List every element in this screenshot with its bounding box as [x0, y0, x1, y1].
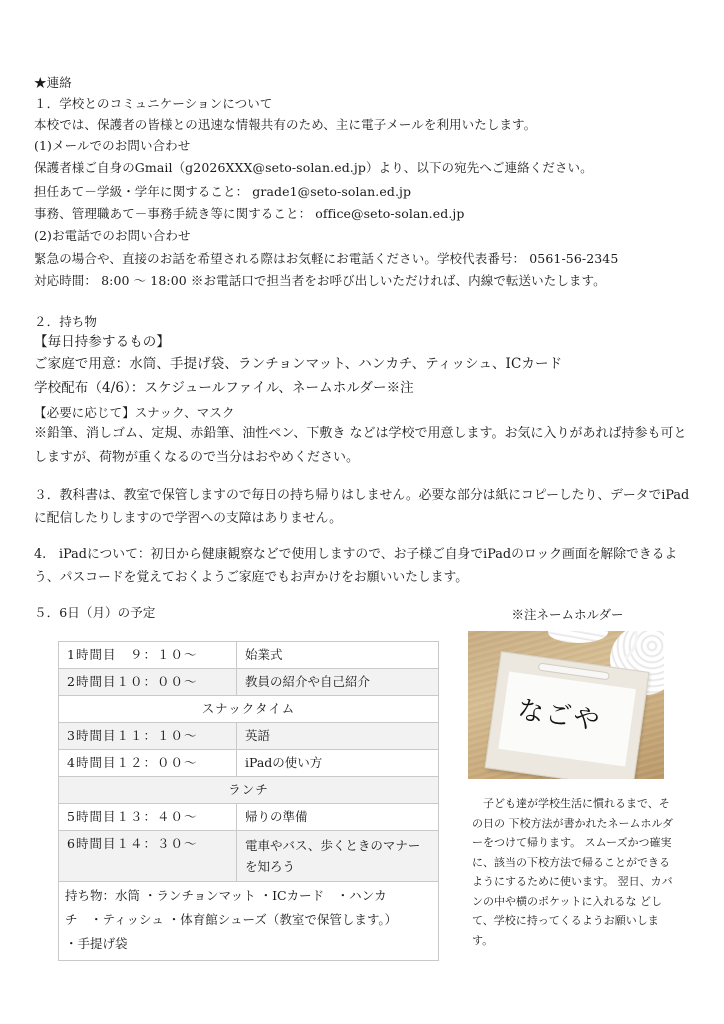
- table-row: 1時間目 ９：１０～ 始業式: [59, 642, 439, 669]
- hours-info: 対応時間： 8:00 ～ 18:00 ※お電話口で担当者をお呼び出しいただければ…: [34, 272, 606, 290]
- phone-info: 緊急の場合や、直接のお話を希望される際はお気軽にお電話ください。学校代表番号： …: [34, 250, 618, 268]
- section-4-ipad: 4. iPadについて：初日から健康観察などで使用しますので、お子様ご自身でiP…: [34, 543, 690, 589]
- table-row: 4時間目１２：００～ iPadの使い方: [59, 750, 439, 777]
- table-row-break: ランチ: [59, 777, 439, 804]
- section-2-title: ２．持ち物: [34, 313, 97, 331]
- period-cell: 2時間目１０：００～: [59, 669, 237, 696]
- phone-heading: (2)お電話でのお問い合わせ: [34, 227, 191, 245]
- mail-intro: 保護者様ご自身のGmail（g2026XXX@seto-solan.ed.jp）…: [34, 159, 593, 177]
- contact-intro: 本校では、保護者の皆様との迅速な情報共有のため、主に電子メールを利用いたします。: [34, 116, 536, 134]
- items-line: ・手提げ袋: [65, 932, 432, 956]
- activity-cell: 電車やバス、歩くときのマナーを知ろう: [237, 831, 439, 882]
- hours-label: 対応時間：: [34, 273, 97, 288]
- period-cell: 1時間目 ９：１０～: [59, 642, 237, 669]
- schedule-table: 1時間目 ９：１０～ 始業式 2時間目１０：００～ 教員の紹介や自己紹介 スナッ…: [58, 641, 439, 961]
- table-row-break: スナックタイム: [59, 696, 439, 723]
- items-cell: 持ち物：水筒 ・ランチョンマット ・ICカード ・ハンカ チ ・ティッシュ ・体…: [59, 882, 439, 961]
- document-page: ★連絡 １．学校とのコミュニケーションについて 本校では、保護者の皆様との迅速な…: [0, 0, 724, 1024]
- name-holder-badge: なごや: [485, 651, 650, 779]
- name-holder-photo: なごや: [468, 631, 664, 779]
- photo-name-text: なごや: [516, 695, 603, 736]
- items-line: 持ち物：水筒 ・ランチョンマット ・ICカード ・ハンカ: [65, 884, 432, 908]
- table-row: 2時間目１０：００～ 教員の紹介や自己紹介: [59, 669, 439, 696]
- hours-value: 8:00 ～ 18:00: [101, 273, 187, 288]
- daily-heading: 【毎日持参するもの】: [34, 333, 170, 351]
- break-cell: ランチ: [59, 777, 439, 804]
- phone-text: 緊急の場合や、直接のお話を希望される際はお気軽にお電話ください。学校代表番号：: [34, 251, 525, 266]
- phone-number: 0561-56-2345: [529, 251, 618, 266]
- name-holder-caption: 子ども達が学校生活に慣れるまで、その日の 下校方法が書かれたネームホルダーをつけ…: [472, 794, 678, 950]
- homeroom-email-link[interactable]: grade1@seto-solan.ed.jp: [252, 184, 411, 199]
- mail-heading: (1)メールでのお問い合わせ: [34, 137, 190, 155]
- as-needed-items: 【必要に応じて】スナック、マスク: [34, 404, 235, 422]
- period-cell: 3時間目１１：１０～: [59, 723, 237, 750]
- section-1-title: １．学校とのコミュニケーションについて: [34, 95, 272, 113]
- home-prepare-items: ご家庭で用意：水筒、手提げ袋、ランチョンマット、ハンカチ、ティッシュ、ICカード: [34, 355, 562, 373]
- table-row: 5時間目１３：４０～ 帰りの準備: [59, 804, 439, 831]
- name-card: なごや: [498, 671, 636, 766]
- belongings-note: ※鉛筆、消しゴム、定規、赤鉛筆、油性ペン、下敷き などは学校で用意します。お気に…: [34, 422, 690, 470]
- table-row: 3時間目１１：１０～ 英語: [59, 723, 439, 750]
- period-cell: 5時間目１３：４０～: [59, 804, 237, 831]
- period-cell: 6時間目１４：３０～: [59, 831, 237, 882]
- table-row-items: 持ち物：水筒 ・ランチョンマット ・ICカード ・ハンカ チ ・ティッシュ ・体…: [59, 882, 439, 961]
- activity-cell: iPadの使い方: [237, 750, 439, 777]
- hours-note: ※お電話口で担当者をお呼び出しいただければ、内線で転送いたします。: [191, 273, 606, 288]
- items-line: チ ・ティッシュ ・体育館シューズ（教室で保管します。）: [65, 908, 432, 932]
- office-contact: 事務、管理職あて－事務手続き等に関すること： office@seto-solan…: [34, 205, 465, 223]
- activity-cell: 始業式: [237, 642, 439, 669]
- activity-cell: 英語: [237, 723, 439, 750]
- school-distributed-items: 学校配布（4/6）：スケジュールファイル、ネームホルダー※注: [34, 379, 414, 397]
- period-cell: 4時間目１２：００～: [59, 750, 237, 777]
- section-5-title: ５．6日（月）の予定: [34, 604, 155, 622]
- section-3-textbooks: ３．教科書は、教室で保管しますので毎日の持ち帰りはしません。必要な部分は紙にコピ…: [34, 484, 690, 530]
- contact-heading: ★連絡: [34, 74, 72, 92]
- table-row: 6時間目１４：３０～ 電車やバス、歩くときのマナーを知ろう: [59, 831, 439, 882]
- activity-cell: 帰りの準備: [237, 804, 439, 831]
- activity-cell: 教員の紹介や自己紹介: [237, 669, 439, 696]
- office-email-link[interactable]: office@seto-solan.ed.jp: [315, 206, 464, 221]
- name-holder-title: ※注ネームホルダー: [470, 606, 665, 624]
- office-label: 事務、管理職あて－事務手続き等に関すること：: [34, 206, 311, 221]
- break-cell: スナックタイム: [59, 696, 439, 723]
- homeroom-contact: 担任あて－学級・学年に関すること： grade1@seto-solan.ed.j…: [34, 183, 411, 201]
- homeroom-label: 担任あて－学級・学年に関すること：: [34, 184, 248, 199]
